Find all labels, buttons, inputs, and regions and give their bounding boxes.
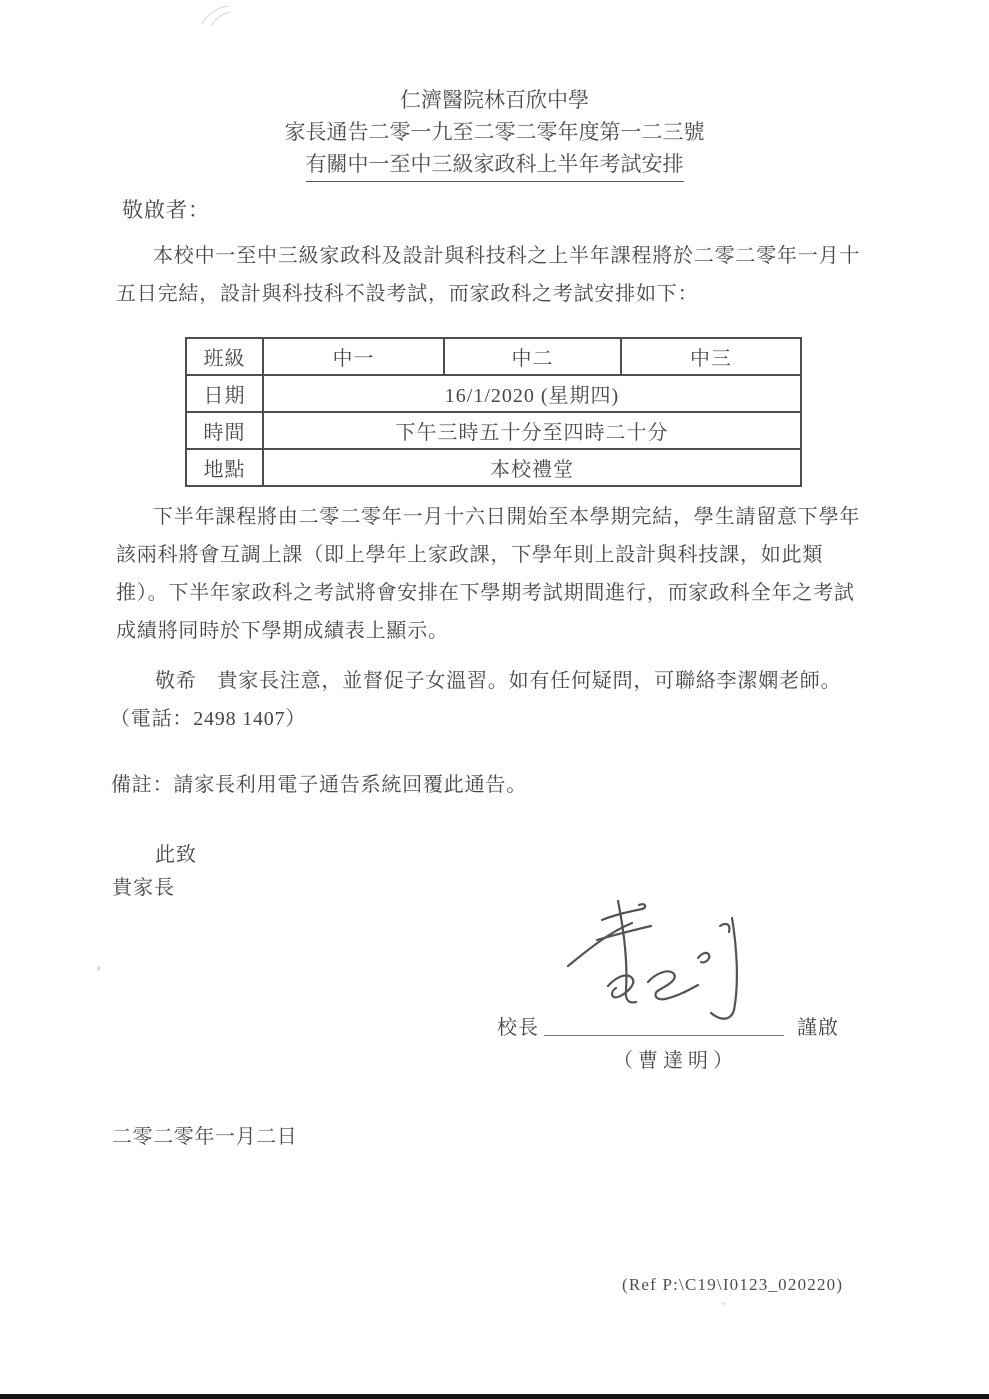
table-cell-form1: 中一 bbox=[263, 338, 444, 375]
issue-date: 二零二零年一月二日 bbox=[112, 1120, 297, 1149]
scan-noise-speck bbox=[97, 966, 100, 971]
principal-name: （ 曹 達 明 ） bbox=[598, 1044, 748, 1073]
document-header: 仁濟醫院林百欣中學 家長通告二零一九至二零二零年度第一二三號 有關中一至中三級家… bbox=[0, 84, 989, 182]
exam-arrangement-table: 班級 中一 中二 中三 日期 16/1/2020 (星期四) 時間 下午三時五十… bbox=[185, 337, 802, 487]
principal-label: 校長 bbox=[497, 1011, 539, 1040]
table-header-date: 日期 bbox=[186, 375, 263, 412]
respect-label: 謹啟 bbox=[797, 1011, 839, 1040]
scanned-notice-page: 仁濟醫院林百欣中學 家長通告二零一九至二零二零年度第一二三號 有關中一至中三級家… bbox=[0, 0, 989, 1399]
table-row-time: 時間 下午三時五十分至四時二十分 bbox=[186, 412, 801, 449]
paragraph-second-term: 下半年課程將由二零二零年一月十六日開始至本學期完結，學生請留意下學年 該兩科將會… bbox=[116, 498, 860, 650]
paragraph-intro: 本校中一至中三級家政科及設計與科技科之上半年課程將於二零二零年一月十 五日完結，… bbox=[116, 237, 860, 313]
paragraph-line: 本校中一至中三級家政科及設計與科技科之上半年課程將於二零二零年一月十 bbox=[116, 237, 860, 275]
table-header-class: 班級 bbox=[186, 338, 263, 375]
scan-noise-squiggle bbox=[196, 2, 236, 30]
table-cell-venue: 本校禮堂 bbox=[263, 449, 801, 486]
paragraph-line: 下半年課程將由二零二零年一月十六日開始至本學期完結，學生請留意下學年 bbox=[116, 498, 860, 536]
phone-line: （電話：2498 1407） bbox=[110, 700, 841, 738]
paragraph-line: 敬希 貴家長注意，並督促子女溫習。如有任何疑問，可聯絡李潔嫻老師。 bbox=[110, 662, 841, 700]
table-header-time: 時間 bbox=[186, 412, 263, 449]
table-row-date: 日期 16/1/2020 (星期四) bbox=[186, 375, 801, 412]
file-reference: (Ref P:\C19\I0123_020220) bbox=[622, 1275, 843, 1295]
paragraph-line: 該兩科將會互調上課（即上學年上家政課，下學年則上設計與科技課，如此類 bbox=[116, 536, 860, 574]
table-header-venue: 地點 bbox=[186, 449, 263, 486]
subject-line: 有關中一至中三級家政科上半年考試安排 bbox=[306, 148, 684, 182]
salutation: 敬啟者： bbox=[122, 194, 210, 224]
table-cell-form2: 中二 bbox=[444, 338, 621, 375]
school-name: 仁濟醫院林百欣中學 bbox=[0, 84, 989, 116]
paragraph-line: 推）。下半年家政科之考試將會安排在下學期考試期間進行，而家政科全年之考試 bbox=[116, 574, 860, 612]
signature-line bbox=[544, 1013, 784, 1036]
paragraph-line: 成績將同時於下學期成績表上顯示。 bbox=[116, 612, 860, 650]
paragraph-contact: 敬希 貴家長注意，並督促子女溫習。如有任何疑問，可聯絡李潔嫻老師。 （電話：24… bbox=[110, 662, 841, 738]
scan-noise-speck bbox=[722, 1302, 725, 1305]
table-cell-time: 下午三時五十分至四時二十分 bbox=[263, 412, 801, 449]
table-cell-form3: 中三 bbox=[621, 338, 801, 375]
table-row-venue: 地點 本校禮堂 bbox=[186, 449, 801, 486]
remark-line: 備註：請家長利用電子通告系統回覆此通告。 bbox=[111, 766, 527, 804]
paragraph-line: 備註：請家長利用電子通告系統回覆此通告。 bbox=[111, 766, 527, 804]
paragraph-line: 五日完結，設計與科技科不設考試，而家政科之考試安排如下： bbox=[116, 275, 860, 313]
scan-edge-strip bbox=[0, 1394, 989, 1399]
closing-recipient: 貴家長 bbox=[112, 871, 175, 900]
closing-cizhi: 此致 bbox=[155, 838, 197, 867]
table-cell-date: 16/1/2020 (星期四) bbox=[263, 375, 801, 412]
notice-number-line: 家長通告二零一九至二零二零年度第一二三號 bbox=[0, 116, 989, 148]
table-row-class: 班級 中一 中二 中三 bbox=[186, 338, 801, 375]
